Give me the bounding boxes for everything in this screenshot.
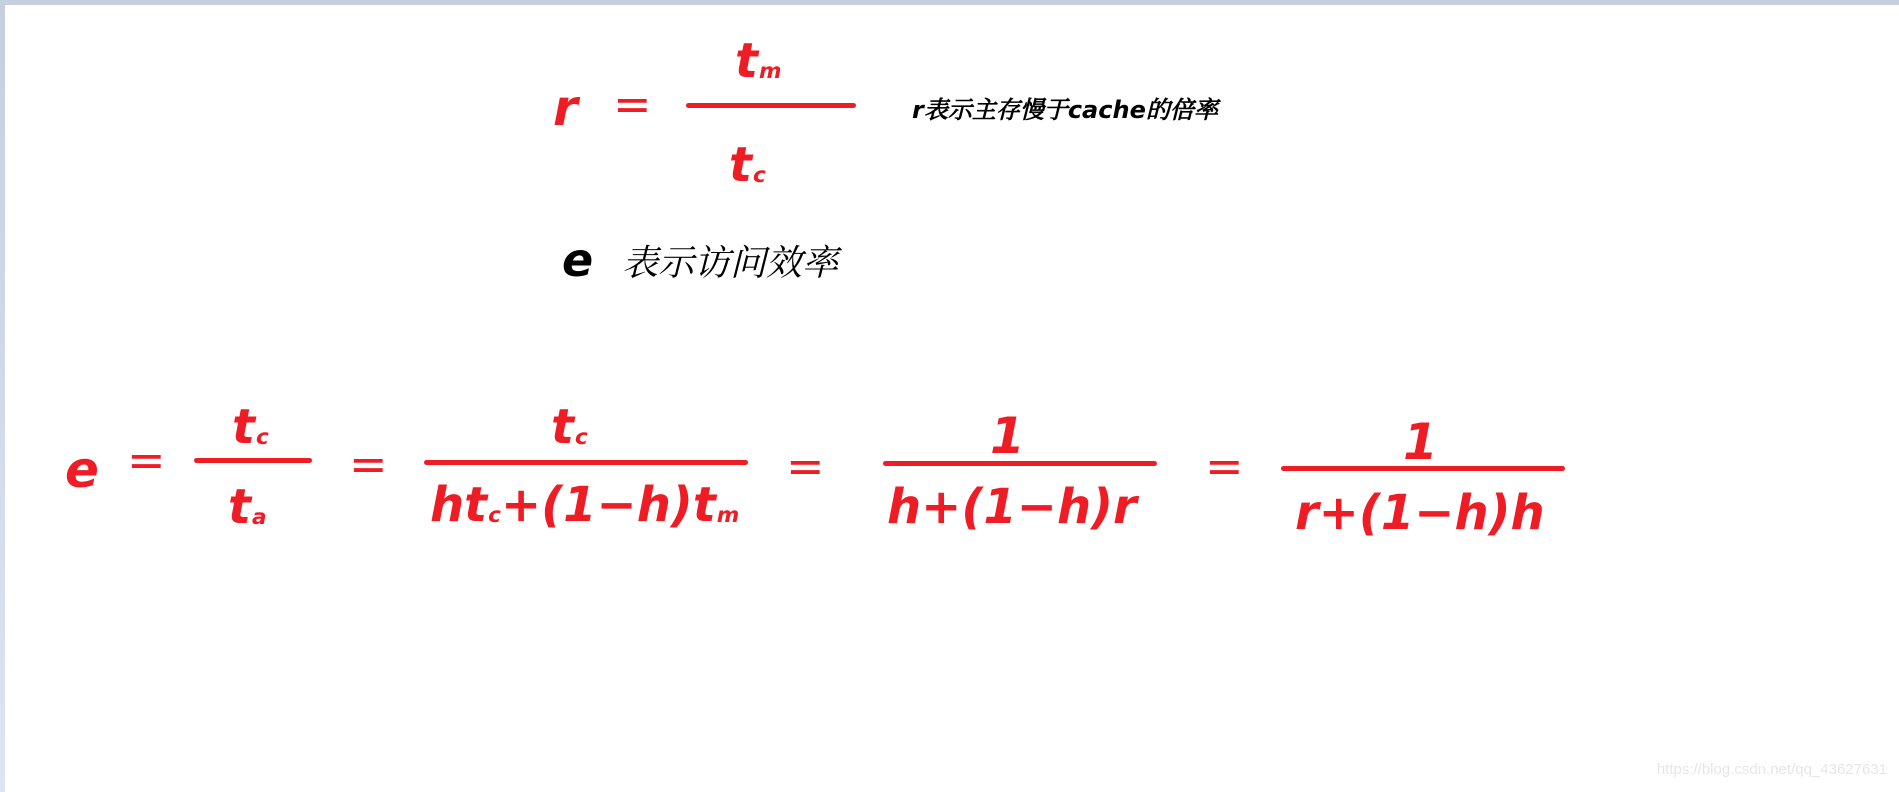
diagram-canvas: r = tm tc r表示主存慢于cache的倍率 e 表示访问效率 e = t… [5, 5, 1899, 792]
t-symbol: t [232, 399, 255, 455]
term2-fraction-bar [424, 460, 748, 465]
one-minus-h-text: +(1−h) [501, 477, 693, 533]
term3-denominator: h+(1−h)r [887, 483, 1137, 531]
subscript-c: c [488, 503, 501, 528]
subscript-m: m [717, 503, 740, 528]
term3-numerator: 1 [990, 411, 1025, 461]
term4-denominator: r+(1−h)h [1295, 489, 1545, 537]
definition-e-symbol: e [562, 237, 593, 283]
equals-sign-1: = [127, 437, 166, 483]
t-symbol: t [729, 137, 752, 193]
term4-numerator: 1 [1403, 417, 1438, 467]
t-symbol: t [228, 479, 251, 535]
formula-r-equals: = [613, 81, 652, 127]
term2-denominator: htc+(1−h)tm [430, 481, 739, 529]
term1-fraction-bar [194, 458, 312, 463]
equals-sign-3: = [786, 443, 825, 489]
equals-sign-2: = [349, 441, 388, 487]
fraction-bar [686, 103, 856, 108]
formula-r-numerator: tm [735, 37, 781, 85]
term1-denominator: ta [228, 483, 267, 531]
term2-numerator: tc [551, 403, 588, 451]
t-symbol: t [735, 33, 758, 89]
t-symbol: t [693, 477, 716, 533]
subscript-m: m [759, 59, 782, 84]
subscript-c: c [753, 163, 766, 188]
ht-text: ht [430, 477, 487, 533]
equals-sign-4: = [1205, 443, 1244, 489]
t-symbol: t [551, 399, 574, 455]
term1-numerator: tc [232, 403, 269, 451]
watermark: https://blog.csdn.net/qq_43627631 [1657, 761, 1887, 778]
formula-r-lhs: r [553, 83, 578, 133]
subscript-a: a [252, 505, 267, 530]
term4-fraction-bar [1281, 466, 1565, 471]
term3-fraction-bar [883, 461, 1157, 466]
formula-r-denominator: tc [729, 141, 766, 189]
subscript-c: c [256, 425, 269, 450]
formula-e-lhs: e [65, 445, 99, 495]
subscript-c: c [575, 425, 588, 450]
definition-e-text: 表示访问效率 [622, 246, 838, 282]
formula-r-note: r表示主存慢于cache的倍率 [912, 98, 1218, 122]
